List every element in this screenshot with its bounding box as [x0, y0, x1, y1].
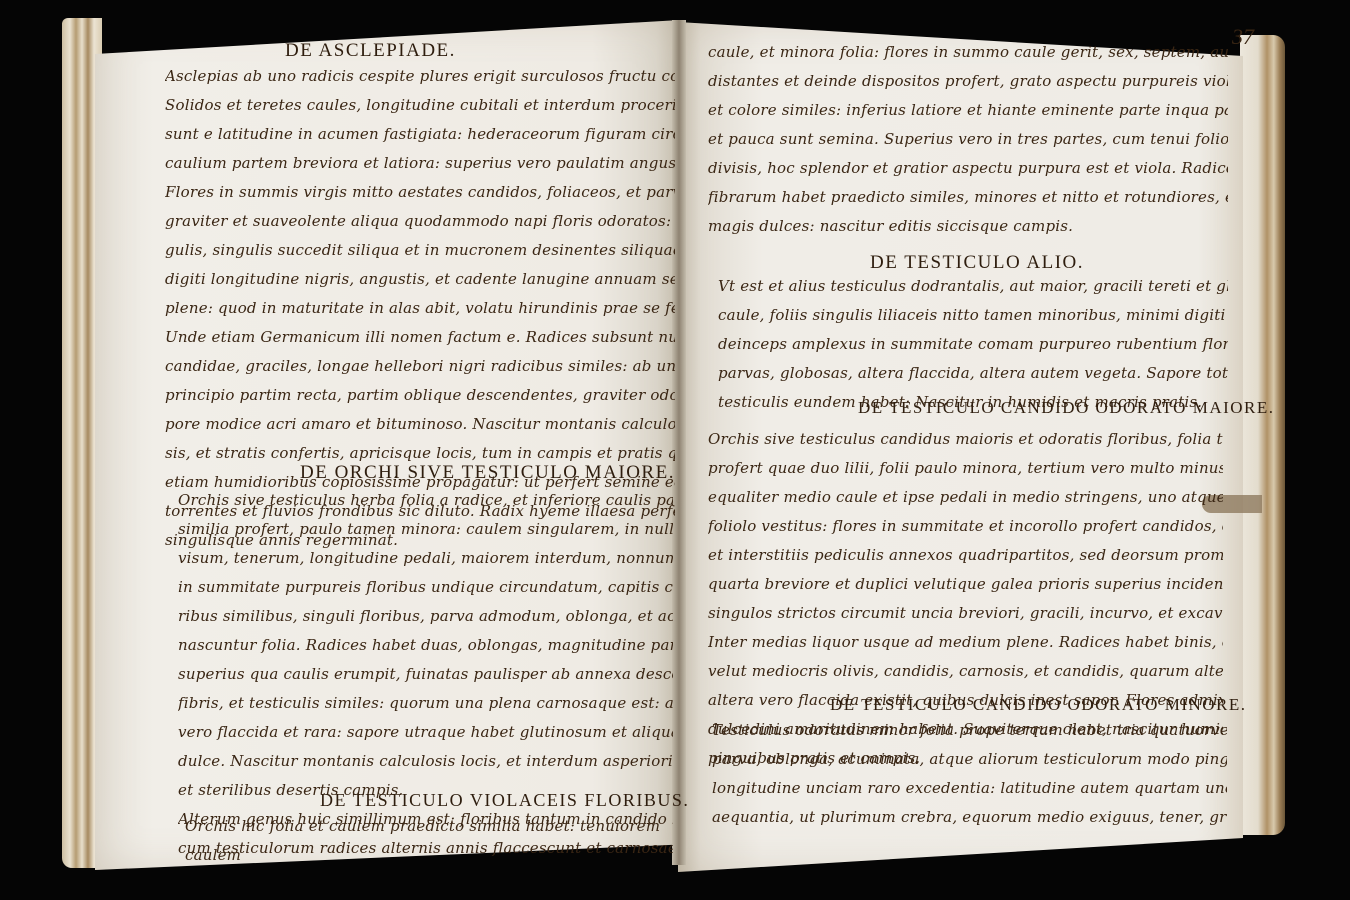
- manuscript-line: graviter et suaveolente aliqua quodammod…: [165, 207, 675, 236]
- manuscript-line: divisis, hoc splendor et gratior aspectu…: [708, 154, 1228, 183]
- manuscript-line: profert quae duo lilii, folii paulo mino…: [708, 454, 1223, 483]
- manuscript-line: Orchis sive testiculus herba folia a rad…: [178, 486, 673, 515]
- manuscript-line: quarta breviore et duplici velutique gal…: [708, 570, 1223, 599]
- manuscript-line: caule, foliis singulis liliaceis nitto t…: [718, 301, 1228, 330]
- right-page-edges: [1240, 35, 1285, 835]
- manuscript-line: candidae, graciles, longae hellebori nig…: [165, 352, 675, 381]
- manuscript-line: Unde etiam Germanicum illi nomen factum …: [165, 323, 675, 352]
- manuscript-line: caulem: [185, 841, 665, 870]
- manuscript-line: singulos strictos circumit uncia brevior…: [708, 599, 1223, 628]
- manuscript-line: Flores in summis virgis mitto aestates c…: [165, 178, 675, 207]
- manuscript-line: et colore similes: inferius latiore et h…: [708, 96, 1228, 125]
- folio-number: 37: [1232, 24, 1254, 50]
- manuscript-line: dulce. Nascitur montanis calculosis loci…: [178, 747, 673, 776]
- manuscript-line: longitudine unciam raro excedentia: lati…: [712, 774, 1227, 803]
- manuscript-line: fibrarum habet praedicto similes, minore…: [708, 183, 1228, 212]
- manuscript-line: Vt est et alius testiculus dodrantalis, …: [718, 272, 1228, 301]
- manuscript-line: et interstitiis pediculis annexos quadri…: [708, 541, 1223, 570]
- manuscript-line: deinceps amplexus in summitate comam pur…: [718, 330, 1228, 359]
- manuscript-line: parva, oblonga, acuminata, atque aliorum…: [712, 745, 1227, 774]
- manuscript-line: sunt e latitudine in acumen fastigiata: …: [165, 120, 675, 149]
- right-section-continuation: caule, et minora folia: flores in summo …: [708, 38, 1228, 241]
- heading-de-orchi: DE ORCHI SIVE TESTICULO MAIORE.: [300, 462, 675, 484]
- manuscript-line: Inter medias liquor usque ad medium plen…: [708, 628, 1223, 657]
- left-section-violaceis: Orchis hic folia et caulem praedicto sim…: [185, 812, 665, 870]
- heading-de-testiculo-candido-maiore: DE TESTICULO CANDIDO ODORATO MAIORE.: [858, 398, 1275, 418]
- manuscript-line: similia profert, paulo tamen minora: cau…: [178, 515, 673, 544]
- heading-de-testiculo-violaceis: DE TESTICULO VIOLACEIS FLORIBUS.: [320, 790, 689, 811]
- manuscript-line: pore modice acri amaro et bituminoso. Na…: [165, 410, 675, 439]
- manuscript-line: principio partim recta, partim oblique d…: [165, 381, 675, 410]
- manuscript-line: fibris, et testiculis similes: quorum un…: [178, 689, 673, 718]
- manuscript-line: Asclepias ab uno radicis cespite plures …: [165, 62, 675, 91]
- manuscript-line: superius qua caulis erumpit, fuinatas pa…: [178, 660, 673, 689]
- right-section-alio: Vt est et alius testiculus dodrantalis, …: [718, 272, 1228, 417]
- manuscript-line: visum, tenerum, longitudine pedali, maio…: [178, 544, 673, 573]
- manuscript-line: digiti longitudine nigris, angustis, et …: [165, 265, 675, 294]
- manuscript-line: ribus similibus, singuli floribus, parva…: [178, 602, 673, 631]
- manuscript-line: caule, et minora folia: flores in summo …: [708, 38, 1228, 67]
- manuscript-line: vero flaccida et rara: sapore utraque ha…: [178, 718, 673, 747]
- heading-de-testiculo-candido-minore: DE TESTICULO CANDIDO ODORATO MINORE.: [830, 695, 1247, 715]
- manuscript-line: parvas, globosas, altera flaccida, alter…: [718, 359, 1228, 388]
- manuscript-line: aequantia, ut plurimum crebra, equorum m…: [712, 803, 1227, 832]
- manuscript-line: Orchis sive testiculus candidus maioris …: [708, 425, 1223, 454]
- manuscript-line: Orchis hic folia et caulem praedicto sim…: [185, 812, 665, 841]
- manuscript-line: caulium partem breviora et latiora: supe…: [165, 149, 675, 178]
- manuscript-line: foliolo vestitus: flores in summitate et…: [708, 512, 1223, 541]
- manuscript-line: nascuntur folia. Radices habet duas, obl…: [178, 631, 673, 660]
- manuscript-line: plene: quod in maturitate in alas abit, …: [165, 294, 675, 323]
- right-section-candido-minore: Testiculus odoratus minor folia prope te…: [712, 716, 1227, 832]
- manuscript-line: Solidos et teretes caules, longitudine c…: [165, 91, 675, 120]
- manuscript-line: gulis, singulis succedit siliqua et in m…: [165, 236, 675, 265]
- manuscript-line: in summitate purpureis floribus undique …: [178, 573, 673, 602]
- manuscript-line: equaliter medio caule et ipse pedali in …: [708, 483, 1223, 512]
- manuscript-line: Testiculus odoratus minor folia prope te…: [712, 716, 1227, 745]
- manuscript-line: velut mediocris olivis, candidis, carnos…: [708, 657, 1223, 686]
- heading-de-testiculo-alio: DE TESTICULO ALIO.: [870, 252, 1084, 274]
- manuscript-line: et pauca sunt semina. Superius vero in t…: [708, 125, 1228, 154]
- manuscript-line: magis dulces: nascitur editis siccisque …: [708, 212, 1228, 241]
- heading-de-asclepiade: DE ASCLEPIADE.: [285, 40, 456, 62]
- manuscript-line: distantes et deinde dispositos profert, …: [708, 67, 1228, 96]
